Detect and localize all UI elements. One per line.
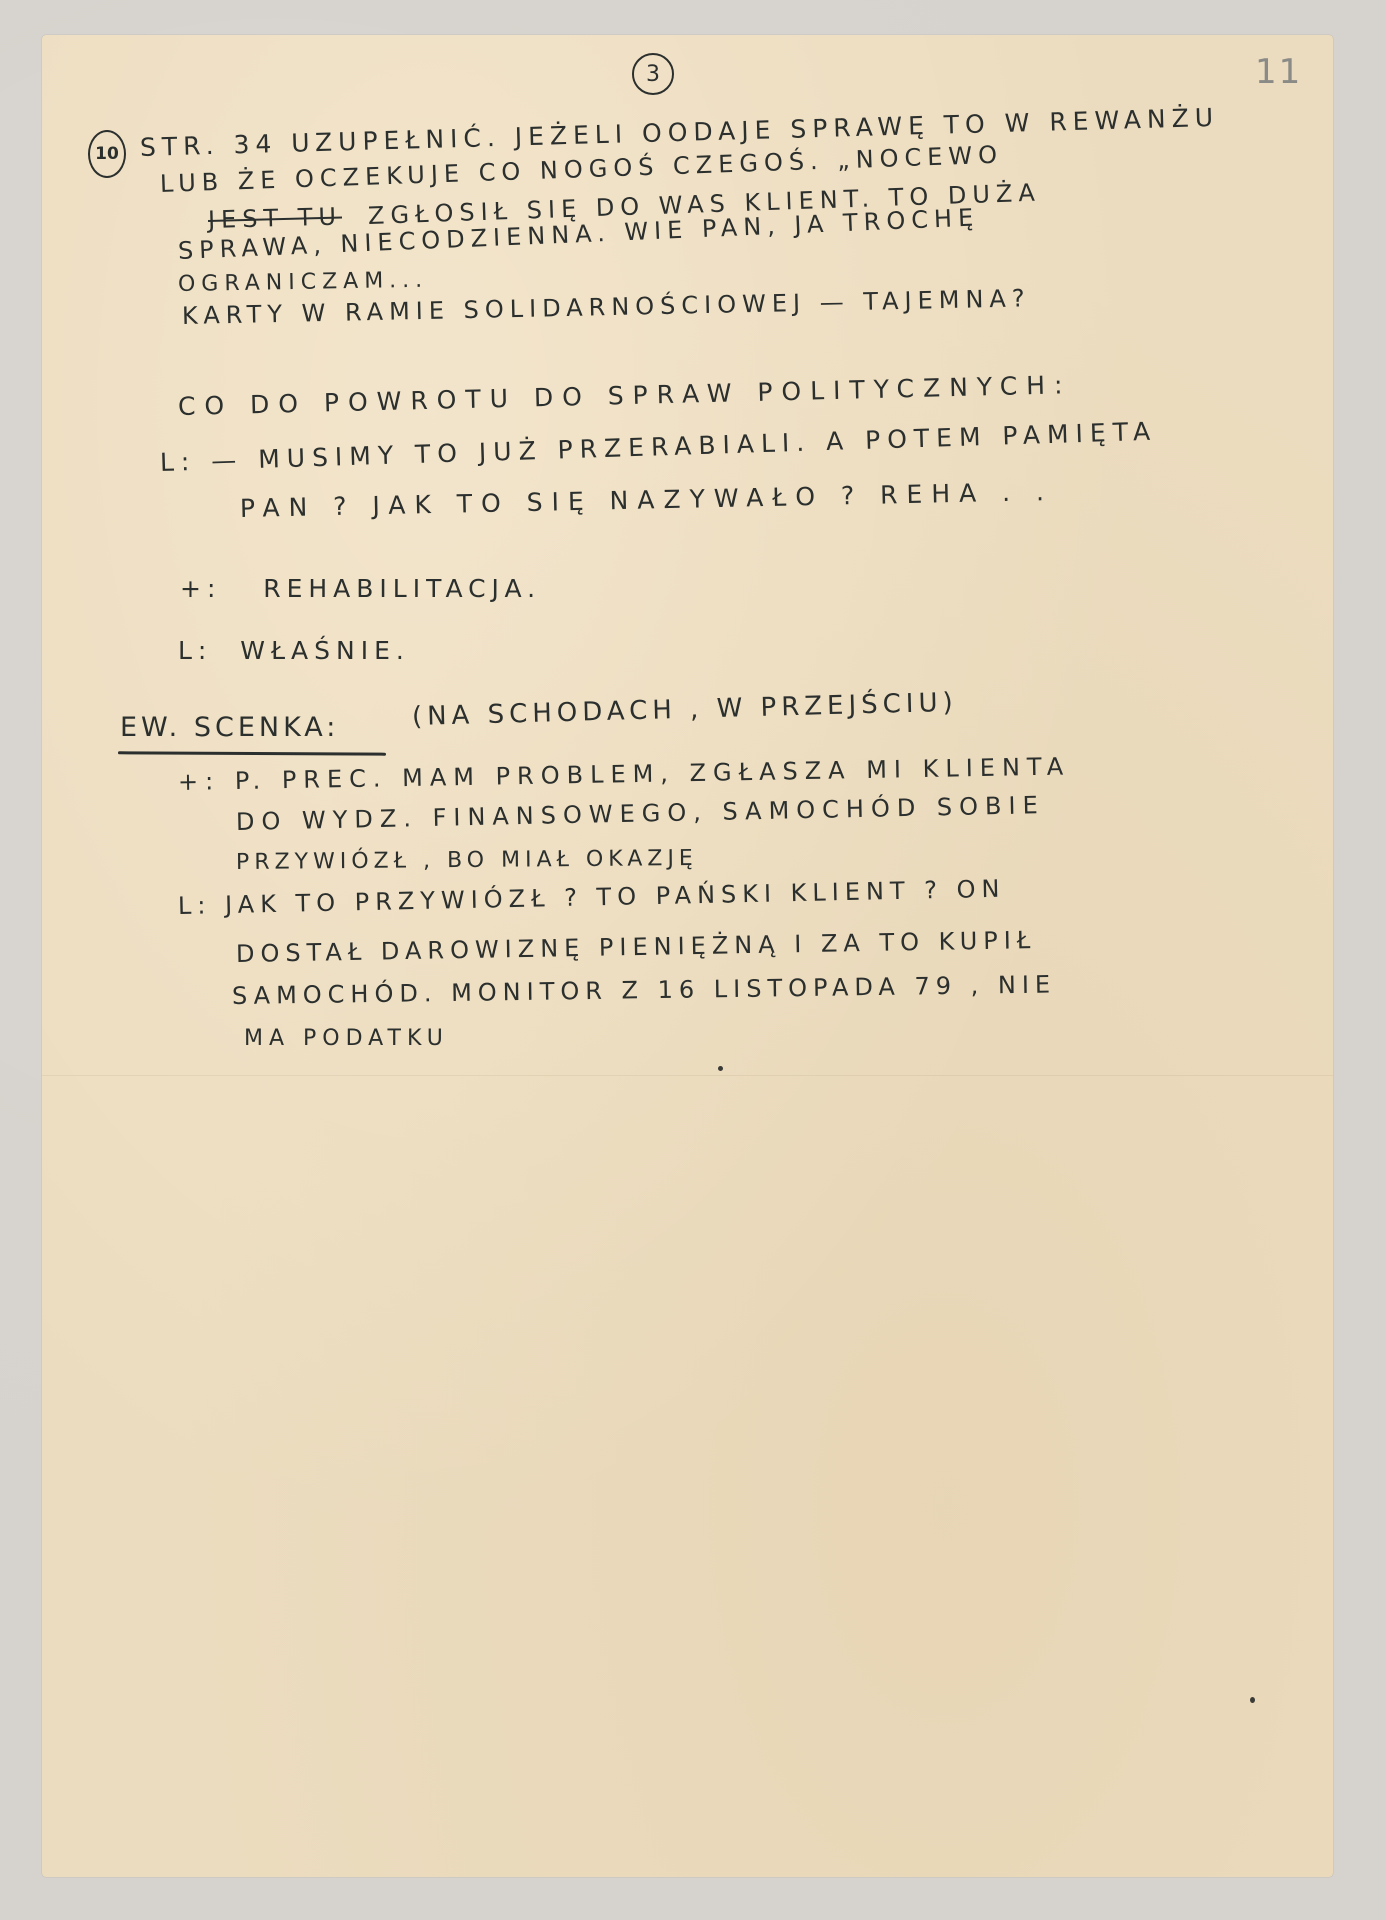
speaker-label: +: — [180, 574, 221, 603]
scene-heading: EW. SCENKA: — [120, 712, 339, 743]
paper-speck — [1250, 1697, 1255, 1703]
circled-item-marker: 10 — [88, 130, 126, 178]
speaker-label: L: — [178, 636, 212, 665]
page-number: 3 — [646, 62, 660, 87]
struck-out-text: JEST TU — [208, 202, 343, 233]
dialogue-row: L: WŁAŚNIE. — [178, 636, 410, 665]
item-marker-number: 10 — [95, 144, 119, 164]
paper-speck — [718, 1066, 723, 1071]
archive-folio-number: 11 — [1255, 52, 1302, 92]
note-line-5: OGRANICZAM... — [178, 268, 429, 297]
dialogue-row: +: REHABILITACJA. — [180, 574, 541, 603]
dialogue-text: WŁAŚNIE. — [240, 636, 410, 665]
paper-fold-line — [42, 1075, 1333, 1076]
circled-page-number: 3 — [632, 53, 674, 95]
dialogue-continuation: MA PODATKU — [244, 1026, 449, 1051]
dialogue-continuation: PRZYWIÓZŁ , BO MIAŁ OKAZJĘ — [236, 846, 698, 875]
dialogue-text: REHABILITACJA. — [263, 574, 541, 603]
speaker-label: L: — [160, 447, 197, 477]
speaker-label: L: — [178, 891, 212, 920]
speaker-label: +: — [178, 767, 221, 796]
